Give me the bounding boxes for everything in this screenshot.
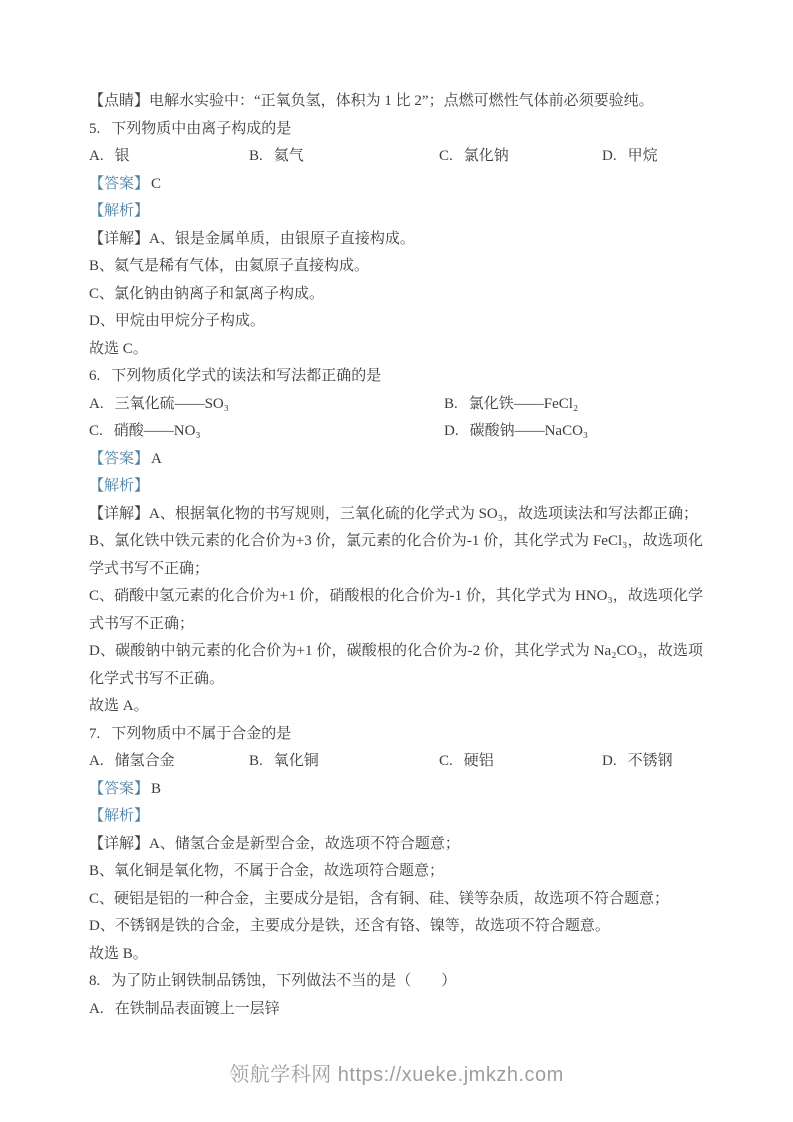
watermark-footer: 领航学科网 https://xueke.jmkzh.com [0,1060,793,1090]
question-stem: 下列物质化学式的读法和写法都正确的是 [111,368,381,384]
option-b: B.氯化铁——FeCl₂ [444,391,578,419]
option-label: C. [439,148,453,164]
option-label: D. [602,753,617,769]
exam-content: 【点睛】电解水实验中：“正氧负氢，体积为 1 比 2”；点燃可燃性气体前必须要验… [89,88,703,1023]
question-number: 7. [89,726,100,742]
detail-paragraph: B、氯化铁中铁元素的化合价为+3 价，氯元素的化合价为-1 价，其化学式为 Fe… [89,528,703,583]
options-row: A.银 B.氦气 C.氯化钠 D.甲烷 [89,143,703,171]
detail-paragraph: B、氧化铜是氧化物，不属于合金，故选项符合题意； [89,858,703,886]
detail-paragraph: D、不锈钢是铁的合金，主要成分是铁，还含有铬、镍等，故选项不符合题意。 [89,913,703,941]
answer-label: 【答案】 [89,781,149,797]
option-text: 氦气 [274,148,304,164]
question-stem: 下列物质中不属于合金的是 [111,726,291,742]
option-label: B. [249,148,263,164]
detail-paragraph: B、氦气是稀有气体，由氦原子直接构成。 [89,253,703,281]
question-block-6: 6.下列物质化学式的读法和写法都正确的是 A.三氧化硫——SO₃ B.氯化铁——… [89,363,703,721]
detail-paragraph: D、甲烷由甲烷分子构成。 [89,308,703,336]
option-text: 不锈钢 [628,753,673,769]
option-d: D.碳酸钠——NaCO₃ [444,418,588,446]
option-a: A.在铁制品表面镀上一层锌 [89,996,280,1024]
question-stem-line: 5.下列物质中由离子构成的是 [89,116,703,144]
option-text: 碳酸钠——NaCO₃ [470,423,589,439]
option-text: 氧化铜 [274,753,319,769]
answer-line: 【答案】B [89,776,703,804]
question-stem-line: 8.为了防止钢铁制品锈蚀，下列做法不当的是（ ） [89,968,703,996]
question-block-5: 5.下列物质中由离子构成的是 A.银 B.氦气 C.氯化钠 D.甲烷 【答案】C… [89,116,703,364]
option-text: 在铁制品表面镀上一层锌 [115,1001,280,1017]
option-label: B. [249,753,263,769]
question-block-7: 7.下列物质中不属于合金的是 A.储氢合金 B.氧化铜 C.硬铝 D.不锈钢 【… [89,721,703,969]
detail-paragraph: C、硝酸中氢元素的化合价为+1 价，硝酸根的化合价为-1 价，其化学式为 HNO… [89,583,703,638]
options-row: A.储氢合金 B.氧化铜 C.硬铝 D.不锈钢 [89,748,703,776]
option-c: C.氯化钠 [439,143,509,171]
option-label: A. [89,1001,104,1017]
analysis-label: 【解析】 [89,203,149,219]
question-stem: 下列物质中由离子构成的是 [111,121,291,137]
question-stem-line: 7.下列物质中不属于合金的是 [89,721,703,749]
option-text: 甲烷 [628,148,658,164]
analysis-label: 【解析】 [89,478,149,494]
detail-paragraph: C、氯化钠由钠离子和氯离子构成。 [89,281,703,309]
answer-label: 【答案】 [89,451,149,467]
option-text: 三氧化硫——SO₃ [115,396,229,412]
option-text: 硝酸——NO₃ [114,423,201,439]
answer-value: C [151,176,161,192]
option-b: B.氧化铜 [249,748,319,776]
detail-paragraph: D、碳酸钠中钠元素的化合价为+1 价，碳酸根的化合价为-2 价，其化学式为 Na… [89,638,703,693]
detail-paragraph: 【详解】A、银是金属单质，由银原子直接构成。 [89,226,703,254]
options-row: A.三氧化硫——SO₃ B.氯化铁——FeCl₂ [89,391,703,419]
answer-line: 【答案】C [89,171,703,199]
option-text: 氯化钠 [464,148,509,164]
option-a: A.储氢合金 [89,748,175,776]
conclusion-line: 故选 B。 [89,941,703,969]
question-number: 8. [89,973,100,989]
answer-value: B [151,781,161,797]
question-stem-line: 6.下列物质化学式的读法和写法都正确的是 [89,363,703,391]
option-d: D.不锈钢 [602,748,673,776]
answer-value: A [151,451,162,467]
option-label: C. [439,753,453,769]
question-stem: 为了防止钢铁制品锈蚀，下列做法不当的是（ ） [111,973,456,989]
analysis-line: 【解析】 [89,803,703,831]
answer-line: 【答案】A [89,446,703,474]
option-a: A.银 [89,143,130,171]
option-label: A. [89,148,104,164]
option-label: C. [89,423,103,439]
question-number: 5. [89,121,100,137]
option-label: D. [602,148,617,164]
option-c: C.硝酸——NO₃ [89,418,201,446]
detail-paragraph: C、硬铝是铝的一种合金，主要成分是铝，含有铜、硅、镁等杂质，故选项不符合题意； [89,886,703,914]
detail-paragraph: 【详解】A、储氢合金是新型合金，故选项不符合题意； [89,831,703,859]
option-label: D. [444,423,459,439]
question-block-8: 8.为了防止钢铁制品锈蚀，下列做法不当的是（ ） A.在铁制品表面镀上一层锌 [89,968,703,1023]
option-a: A.三氧化硫——SO₃ [89,391,229,419]
option-b: B.氦气 [249,143,304,171]
note-dianjing: 【点睛】电解水实验中：“正氧负氢，体积为 1 比 2”；点燃可燃性气体前必须要验… [89,88,703,116]
detail-paragraph: 【详解】A、根据氧化物的书写规则，三氧化硫的化学式为 SO₃，故选项读法和写法都… [89,501,703,529]
analysis-line: 【解析】 [89,198,703,226]
option-label: A. [89,753,104,769]
option-c: C.硬铝 [439,748,494,776]
exam-answer-page: 【点睛】电解水实验中：“正氧负氢，体积为 1 比 2”；点燃可燃性气体前必须要验… [0,0,793,1122]
option-d: D.甲烷 [602,143,658,171]
option-text: 银 [115,148,130,164]
question-number: 6. [89,368,100,384]
conclusion-line: 故选 C。 [89,336,703,364]
options-row: A.在铁制品表面镀上一层锌 [89,996,703,1024]
option-text: 储氢合金 [115,753,175,769]
options-row: C.硝酸——NO₃ D.碳酸钠——NaCO₃ [89,418,703,446]
option-text: 硬铝 [464,753,494,769]
analysis-label: 【解析】 [89,808,149,824]
option-label: A. [89,396,104,412]
answer-label: 【答案】 [89,176,149,192]
option-label: B. [444,396,458,412]
option-text: 氯化铁——FeCl₂ [469,396,578,412]
conclusion-line: 故选 A。 [89,693,703,721]
analysis-line: 【解析】 [89,473,703,501]
